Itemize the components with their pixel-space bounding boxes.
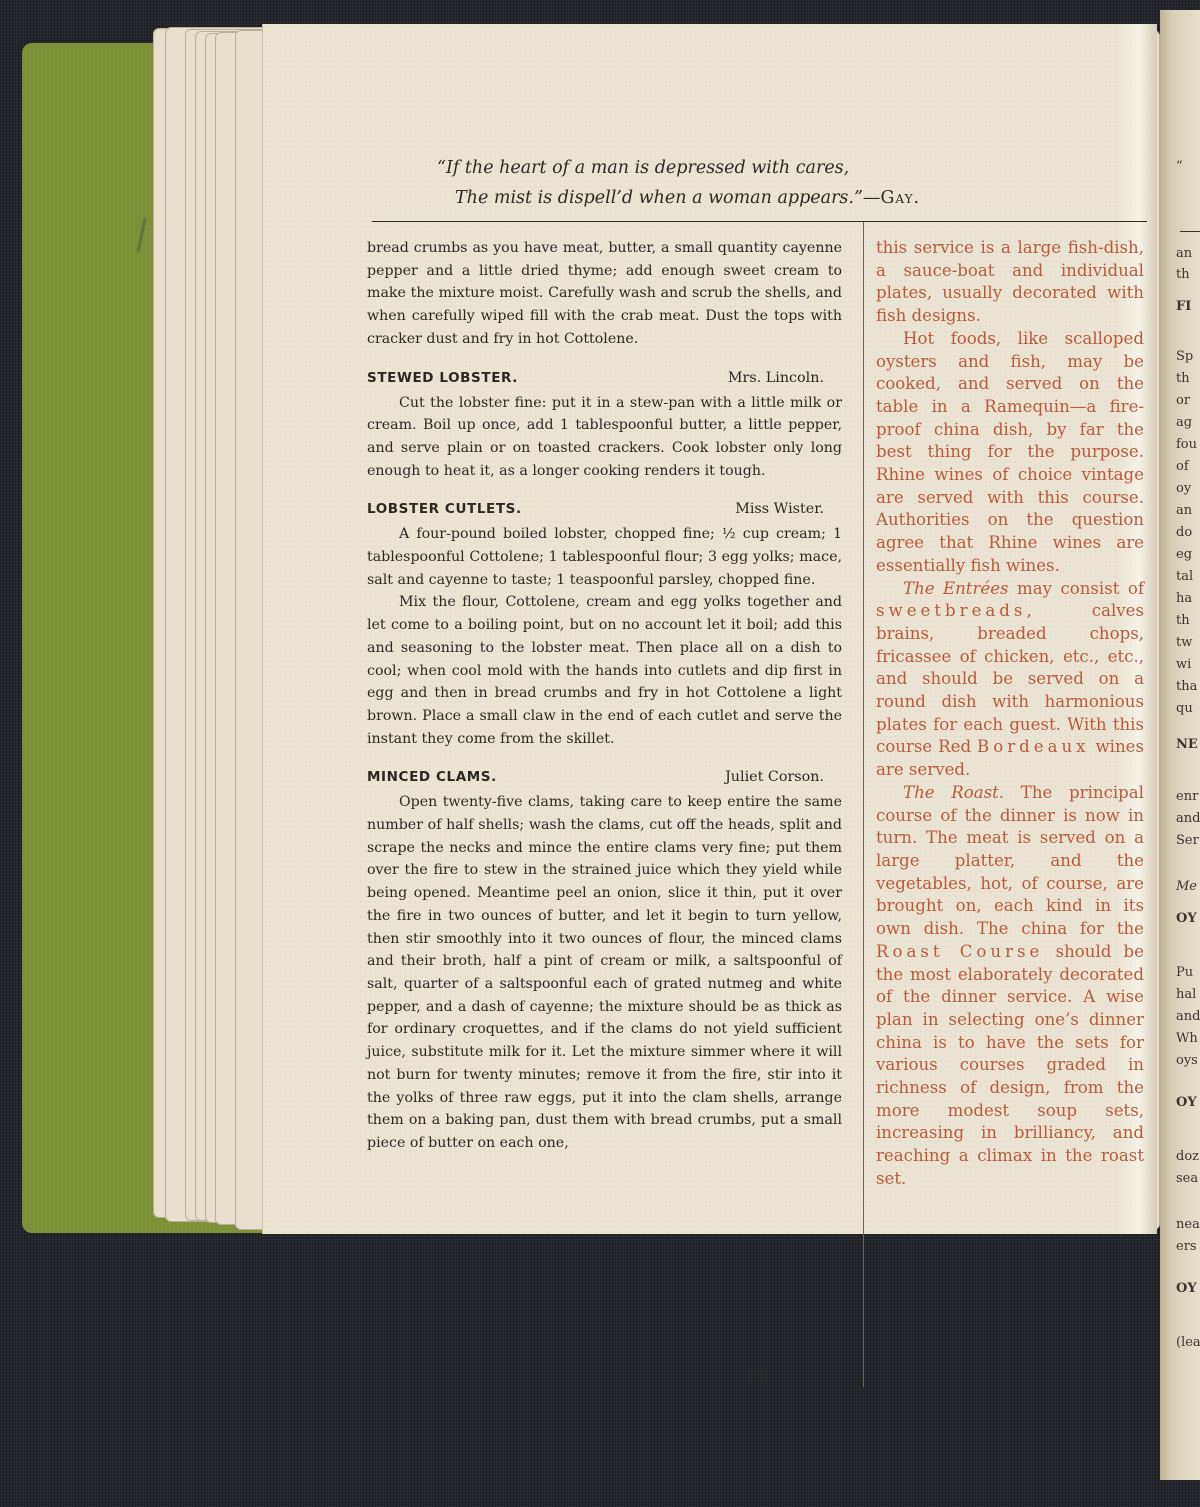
facing-page-text-fragment: OY <box>1176 1096 1197 1109</box>
facing-page-text-fragment: ers <box>1176 1240 1197 1253</box>
facing-page-text-fragment: Ser <box>1176 834 1199 847</box>
facing-page-text-fragment: fou <box>1176 438 1197 451</box>
facing-page-text-fragment: oy <box>1176 482 1191 495</box>
facing-page-text-fragment: tha <box>1176 680 1197 693</box>
facing-page-text-fragment: an <box>1176 247 1192 260</box>
facing-page-text-fragment: doz <box>1176 1150 1199 1163</box>
epigraph-attribution: Gay. <box>880 188 920 208</box>
page-number: 11 <box>747 1370 767 1385</box>
facing-page-text-fragment: hal <box>1176 988 1196 1001</box>
epigraph: “If the heart of a man is depressed with… <box>437 153 1057 213</box>
facing-page-text-fragment: th <box>1176 372 1190 385</box>
header-rule <box>372 221 1147 222</box>
facing-page-text-fragment: nea <box>1176 1218 1200 1231</box>
pencil-mark <box>136 218 146 252</box>
facing-page-text-fragment: ag <box>1176 416 1192 429</box>
hot-foods-paragraph: Hot foods, like scalloped oysters and fi… <box>876 328 1144 578</box>
recipe-header: STEWED LOBSTER. Mrs. Lincoln. <box>367 367 842 389</box>
facing-page-text-fragment: and <box>1176 812 1200 825</box>
facing-page-text-fragment: Pu <box>1176 966 1193 979</box>
facing-page-text-fragment: tal <box>1176 570 1193 583</box>
facing-page-text-fragment: th <box>1176 614 1190 627</box>
recipe-lobster-cutlets: LOBSTER CUTLETS. Miss Wister. A four-pou… <box>367 498 842 750</box>
facing-page-text-fragment: NE <box>1176 738 1198 751</box>
facing-page-text-fragment: sea <box>1176 1172 1198 1185</box>
entrees-text: , calves brains, breaded chops, fricasse… <box>876 601 1144 756</box>
facing-page-text-fragment: FI <box>1176 300 1191 313</box>
epigraph-line-2: The mist is dispell’d when a woman appea… <box>437 183 1057 213</box>
facing-page-text-fragment: Me <box>1176 880 1197 893</box>
roast-course-text: Roast Course <box>876 942 1043 961</box>
recipe-header: LOBSTER CUTLETS. Miss Wister. <box>367 498 842 520</box>
recipe-column: bread crumbs as you have meat, butter, a… <box>367 237 842 1155</box>
recipe-title: STEWED LOBSTER. <box>367 367 518 389</box>
facing-page-text-fragment: an <box>1176 504 1192 517</box>
facing-page-text-fragment: or <box>1176 394 1190 407</box>
facing-page-text-fragment: tw <box>1176 636 1192 649</box>
roast-text: should be the most elaborately decorated… <box>876 942 1144 1188</box>
epigraph-line-1: “If the heart of a man is depressed with… <box>437 153 1057 183</box>
facing-page-text-fragment: eg <box>1176 548 1192 561</box>
recipe-author: Miss Wister. <box>735 498 842 520</box>
facing-page-rule <box>1180 231 1200 232</box>
recipe-stewed-lobster: STEWED LOBSTER. Mrs. Lincoln. Cut the lo… <box>367 367 842 483</box>
entrees-text: may consist of <box>1009 579 1144 598</box>
recipe-paragraph: Mix the flour, Cottolene, cream and egg … <box>367 591 842 750</box>
recipe-author: Mrs. Lincoln. <box>728 367 842 389</box>
facing-page-text-fragment: wi <box>1176 658 1191 671</box>
column-divider <box>863 222 864 1387</box>
facing-page-text-fragment: ha <box>1176 592 1192 605</box>
facing-page-text-fragment: oys <box>1176 1054 1198 1067</box>
dinner-service-column: this service is a large fish-dish, a sau… <box>876 237 1144 1191</box>
facing-page-text-fragment: (lea <box>1176 1336 1200 1349</box>
facing-page-text-fragment: and <box>1176 1010 1200 1023</box>
facing-page-text-fragment: “ <box>1176 160 1183 173</box>
sweetbreads-text: sweetbreads <box>876 601 1026 620</box>
facing-page-text-fragment: OY <box>1176 912 1197 925</box>
continued-recipe-text: bread crumbs as you have meat, butter, a… <box>367 237 842 351</box>
entrees-heading: The Entrées <box>903 579 1009 598</box>
entrees-paragraph: The Entrées may consist of sweetbreads, … <box>876 578 1144 782</box>
facing-page-text-fragment: th <box>1176 268 1190 281</box>
fish-course-text: this service is a large fish-dish, a sau… <box>876 237 1144 328</box>
recipe-paragraph: A four-pound boiled lobster, chopped fin… <box>367 523 842 591</box>
roast-heading: The Roast. <box>903 783 1004 802</box>
roast-paragraph: The Roast. The principal course of the d… <box>876 782 1144 1191</box>
recipe-minced-clams: MINCED CLAMS. Juliet Corson. Open twenty… <box>367 766 842 1154</box>
epigraph-line-2-text: The mist is dispell’d when a woman appea… <box>455 188 880 208</box>
recipe-title: MINCED CLAMS. <box>367 766 497 788</box>
facing-page-text-fragment: Wh <box>1176 1032 1198 1045</box>
facing-page-edge: “anthFISpthoragfouofoyandoegtalhathtwwit… <box>1160 10 1200 1480</box>
recipe-author: Juliet Corson. <box>725 766 842 788</box>
facing-page-text-fragment: Sp <box>1176 350 1193 363</box>
roast-text: The principal course of the dinner is no… <box>876 783 1144 938</box>
facing-page-text-fragment: do <box>1176 526 1192 539</box>
facing-page-text-fragment: OY <box>1176 1282 1197 1295</box>
facing-page-text-fragment: enr <box>1176 790 1198 803</box>
recipe-paragraph: Cut the lobster fine: put it in a stew-p… <box>367 392 842 483</box>
recipe-title: LOBSTER CUTLETS. <box>367 498 522 520</box>
bordeaux-text: Bordeaux <box>977 737 1090 756</box>
recipe-paragraph: Open twenty-five clams, taking care to k… <box>367 791 842 1154</box>
facing-page-text-fragment: qu <box>1176 702 1193 715</box>
facing-page-text-fragment: of <box>1176 460 1189 473</box>
recipe-header: MINCED CLAMS. Juliet Corson. <box>367 766 842 788</box>
